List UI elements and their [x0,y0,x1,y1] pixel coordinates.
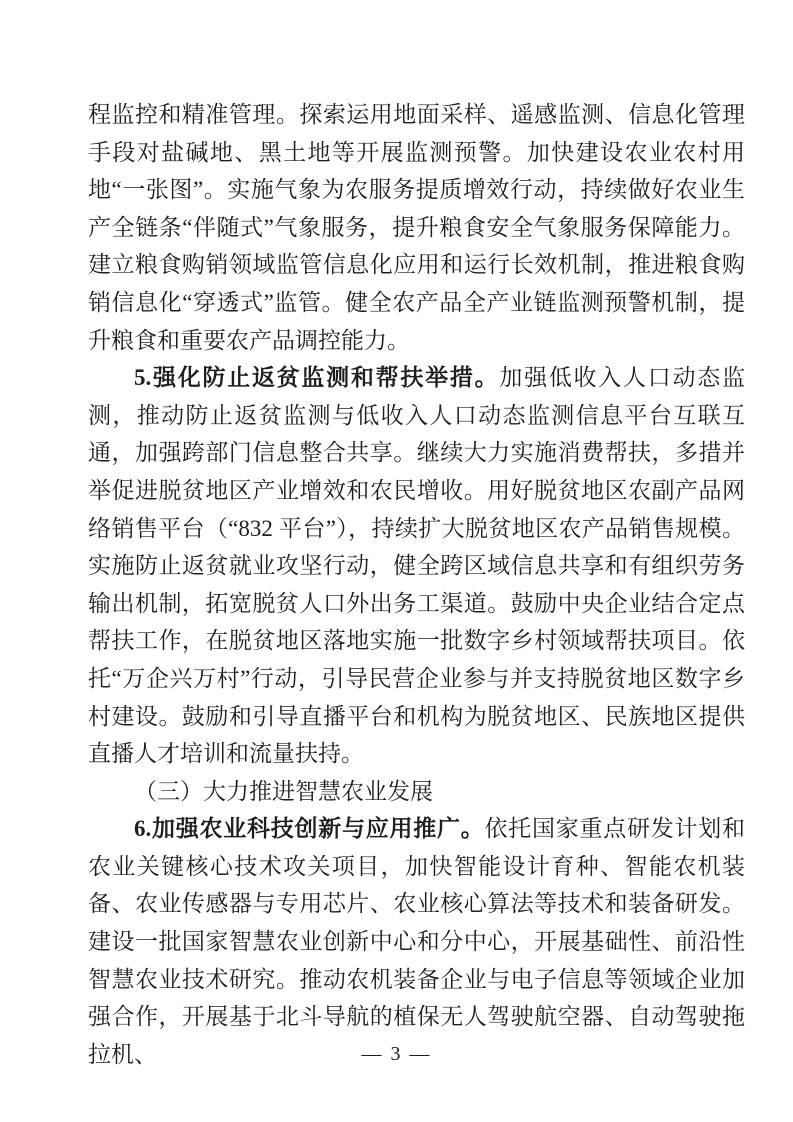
text-run: 依托国家重点研发计划和农业关键核心技术攻关项目，加快智能设计育种、智能农机装备、… [88,816,745,1067]
bold-lead-text-run: 6.加强农业科技创新与应用推广。 [134,816,485,841]
text-run: 程监控和精准管理。探索运用地面采样、遥感监测、信息化管理手段对盐碱地、黑土地等开… [88,102,745,353]
text-run: 加强低收入人口动态监测，推动防止返贫监测与低收入人口动态监测信息平台互联互通，加… [88,365,745,766]
section-heading-3: （三）大力推进智慧农业发展 [88,773,745,811]
text-run: （三）大力推进智慧农业发展 [134,779,433,804]
para-item-6: 6.加强农业科技创新与应用推广。依托国家重点研发计划和农业关键核心技术攻关项目，… [88,810,745,1073]
document-body: 程监控和精准管理。探索运用地面采样、遥感监测、信息化管理手段对盐碱地、黑土地等开… [88,96,745,1073]
bold-lead-text-run: 5.强化防止返贫监测和帮扶举措。 [134,365,499,390]
para-continuation: 程监控和精准管理。探索运用地面采样、遥感监测、信息化管理手段对盐碱地、黑土地等开… [88,96,745,359]
page-number-footer: — 3 — [0,1042,793,1066]
document-page: 程监控和精准管理。探索运用地面采样、遥感监测、信息化管理手段对盐碱地、黑土地等开… [0,0,793,1122]
para-item-5: 5.强化防止返贫监测和帮扶举措。加强低收入人口动态监测，推动防止返贫监测与低收入… [88,359,745,773]
